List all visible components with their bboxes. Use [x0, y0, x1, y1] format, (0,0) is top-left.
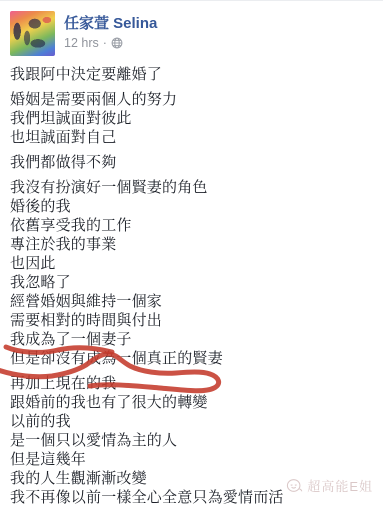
post-line: 專注於我的事業 [10, 235, 373, 254]
meta-separator: · [103, 36, 107, 50]
post-line: 以前的我 [10, 412, 373, 431]
timestamp[interactable]: 12 hrs [64, 36, 99, 50]
post-line: 再加上現在的我 [10, 374, 373, 393]
post-line: 我們坦誠面對彼此 [10, 109, 373, 128]
post-header-text: 任家萱 Selina 12 hrs · [64, 11, 157, 50]
post-line: 婚後的我 [10, 197, 373, 216]
watermark: 超高能E姐 [286, 476, 373, 495]
post-meta: 12 hrs · [64, 36, 157, 50]
post-line: 跟婚前的我也有了很大的轉變 [10, 393, 373, 412]
post-line: 婚姻是需要兩個人的努力 [10, 90, 373, 109]
facebook-post: 任家萱 Selina 12 hrs · 我跟阿中決定要離婚了婚姻是需要兩個人的努… [0, 0, 383, 506]
post-line: 是一個只以愛情為主的人 [10, 431, 373, 450]
watermark-label: 超高能E姐 [307, 476, 373, 495]
post-paragraph: 我沒有扮演好一個賢妻的角色婚後的我依舊享受我的工作專注於我的事業也因此我忽略了經… [10, 178, 373, 368]
post-text: 我跟阿中決定要離婚了婚姻是需要兩個人的努力我們坦誠面對彼此也坦誠面對自己我們都做… [0, 65, 383, 506]
watermark-logo-icon [286, 478, 303, 493]
post-line: 我們都做得不夠 [10, 153, 373, 172]
post-line: 需要相對的時間與付出 [10, 311, 373, 330]
post-line: 經營婚姻與維持一個家 [10, 292, 373, 311]
globe-icon [111, 37, 123, 49]
post-paragraph: 婚姻是需要兩個人的努力我們坦誠面對彼此也坦誠面對自己 [10, 90, 373, 147]
author-name-link[interactable]: 任家萱 Selina [64, 15, 157, 32]
post-line: 依舊享受我的工作 [10, 216, 373, 235]
post-line: 但是這幾年 [10, 450, 373, 469]
profile-avatar[interactable] [10, 11, 55, 56]
post-line: 我跟阿中決定要離婚了 [10, 65, 373, 84]
post-line: 但是卻沒有成為一個真正的賢妻 [10, 349, 373, 368]
post-header: 任家萱 Selina 12 hrs · [0, 1, 383, 65]
post-line: 我成為了一個妻子 [10, 330, 373, 349]
post-line: 也因此 [10, 254, 373, 273]
post-line: 我沒有扮演好一個賢妻的角色 [10, 178, 373, 197]
post-line: 我忽略了 [10, 273, 373, 292]
post-line: 也坦誠面對自己 [10, 128, 373, 147]
post-paragraph: 我跟阿中決定要離婚了 [10, 65, 373, 84]
post-paragraph: 我們都做得不夠 [10, 153, 373, 172]
